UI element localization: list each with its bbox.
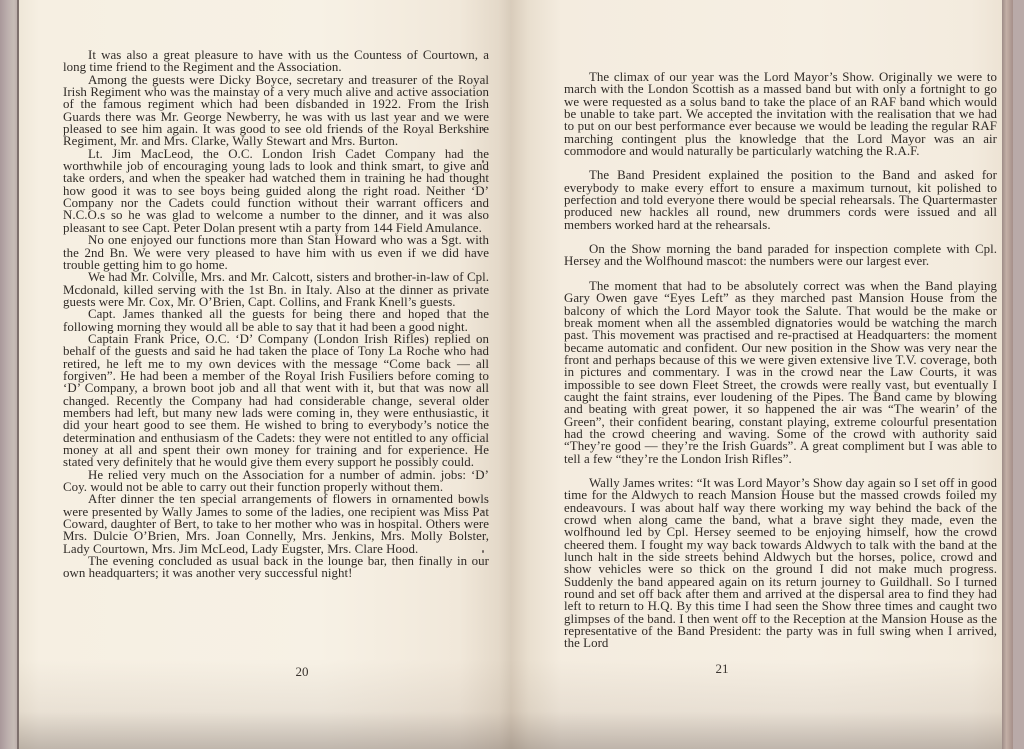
staple-mark	[482, 510, 484, 513]
scanned-book-spread: It was also a great pleasure to have wit…	[0, 0, 1024, 749]
paragraph: The moment that had to be absolutely cor…	[564, 280, 997, 465]
paragraph: The evening concluded as usual back in t…	[63, 555, 489, 580]
staple-mark	[482, 550, 484, 553]
staple-mark	[482, 160, 484, 163]
page-number: 21	[702, 661, 742, 677]
paragraph: After dinner the ten special arrangement…	[63, 493, 489, 555]
paragraph: Wally James writes: “It was Lord Mayor’s…	[564, 477, 997, 650]
paragraph: On the Show morning the band paraded for…	[564, 243, 997, 268]
right-page-body: The climax of our year was the Lord Mayo…	[564, 71, 997, 650]
paragraph: The climax of our year was the Lord Mayo…	[564, 71, 997, 157]
paragraph: We had Mr. Colville, Mrs. and Mr. Calcot…	[63, 271, 489, 308]
paragraph: Capt. James thanked all the guests for b…	[63, 308, 489, 333]
paragraph: He relied very much on the Association f…	[63, 469, 489, 494]
right-page: The climax of our year was the Lord Mayo…	[511, 0, 1005, 749]
paragraph: The Band President explained the positio…	[564, 169, 997, 231]
paragraph: It was also a great pleasure to have wit…	[63, 49, 489, 74]
page-number: 20	[282, 664, 322, 680]
paragraph: Lt. Jim MacLeod, the O.C. London Irish C…	[63, 148, 489, 234]
left-page: It was also a great pleasure to have wit…	[17, 0, 511, 749]
staple-mark	[482, 128, 484, 131]
paragraph: Captain Frank Price, O.C. ‘D’ Company (L…	[63, 333, 489, 469]
book-edge	[1002, 0, 1013, 749]
left-page-body: It was also a great pleasure to have wit…	[63, 49, 489, 580]
paragraph: Among the guests were Dicky Boyce, secre…	[63, 74, 489, 148]
open-booklet: It was also a great pleasure to have wit…	[17, 0, 1013, 749]
paragraph: No one enjoyed our functions more than S…	[63, 234, 489, 271]
